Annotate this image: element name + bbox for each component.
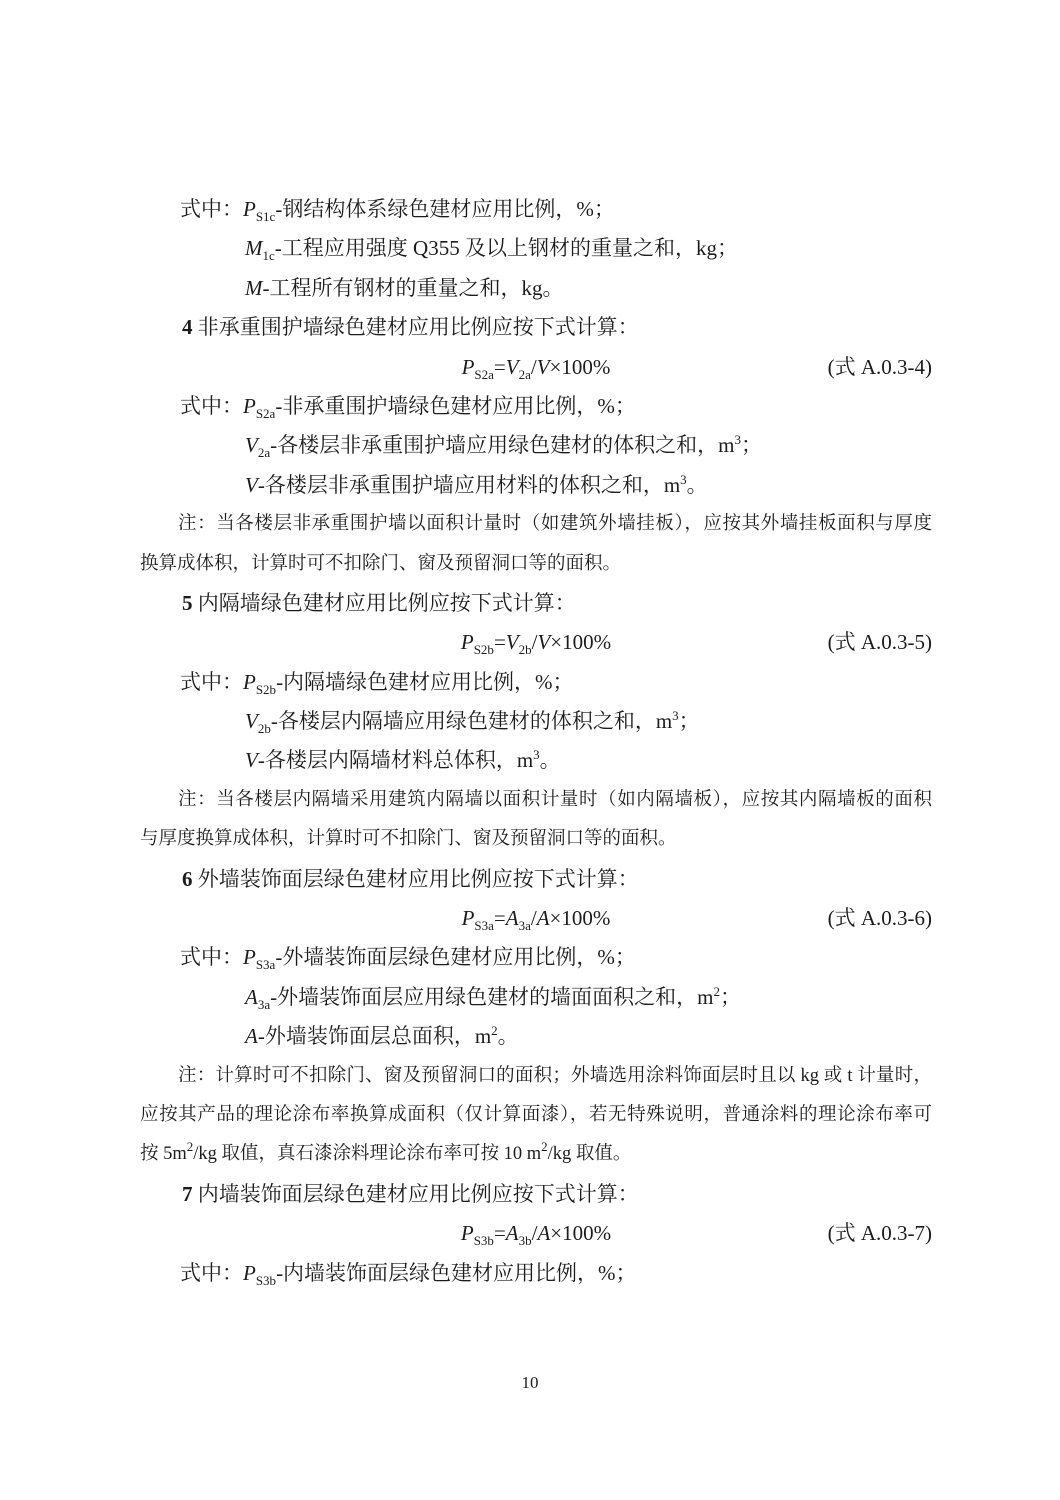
definition-line: V-各楼层内隔墙材料总体积，m3。 [140,741,932,780]
text-segment: P [461,630,474,654]
superscript-text: 2 [491,1023,498,1038]
subscript-text: S3a [256,957,276,972]
subscript-text: 2a [258,445,270,460]
text-segment: A [245,985,258,1009]
text-segment: M [245,236,263,260]
text-segment: ×100% [550,355,611,379]
text-segment: A [506,1221,519,1245]
subscript-text: 3a [258,997,270,1012]
text-segment: 非承重围护墙绿色建材应用比例应按下式计算： [193,315,639,339]
text-segment: 换算成体积，计算时可不扣除门、窗及预留洞口等的面积。 [140,554,621,574]
text-segment: P [462,355,475,379]
formula-number-tag: (式 A.0.3-4) [828,348,932,387]
note-line: 应按其产品的理论涂布率换算成面积（仅计算面漆），若无特殊说明，普通涂料的理论涂布… [140,1096,932,1135]
text-segment: M [245,276,263,300]
text-segment: V [506,355,519,379]
text-segment: 与厚度换算成体积，计算时可不扣除门、窗及预留洞口等的面积。 [140,829,677,849]
note-line: 按 5m2/kg 取值，真石漆涂料理论涂布率可按 10 m2/kg 取值。 [140,1135,932,1174]
text-segment: -外墙装饰面层绿色建材应用比例，%； [275,945,636,969]
definition-line: V2b-各楼层内隔墙应用绿色建材的体积之和，m3； [140,702,932,741]
text-segment: P [243,945,256,969]
clause-item-6: 6 外墙装饰面层绿色建材应用比例应按下式计算： [140,860,932,899]
formula-number-tag: (式 A.0.3-7) [828,1214,932,1253]
text-segment: 式中： [180,394,243,418]
note-line: 注：当各楼层非承重围护墙以面积计量时（如建筑外墙挂板），应按其外墙挂板面积与厚度 [140,505,932,544]
text-segment: V [537,630,550,654]
text-segment: 5 [182,591,193,615]
superscript-text: 3 [672,708,679,723]
text-segment: 内墙装饰面层绿色建材应用比例应按下式计算： [193,1182,639,1206]
text-segment: ； [679,709,700,733]
text-segment: V [537,355,550,379]
text-segment: P [243,197,256,221]
text-segment: 式中： [180,1261,243,1285]
definition-line: V2a-各楼层非承重围护墙应用绿色建材的体积之和，m3； [140,426,932,465]
superscript-text: 3 [680,472,687,487]
note-line: 注：计算时可不扣除门、窗及预留洞口的面积；外墙选用涂料饰面层时且以 kg 或 t… [140,1057,932,1096]
text-segment: 应按其产品的理论涂布率换算成面积（仅计算面漆），若无特殊说明，普通涂料的理论涂布… [140,1105,932,1125]
formula-A-0-3-7: PS3b=A3b/A×100%(式 A.0.3-7) [140,1214,932,1253]
formula-expression: PS3b=A3b/A×100% [461,1221,611,1245]
definition-intro-line: 式中：PS2b-内隔墙绿色建材应用比例，%； [140,663,932,702]
definition-line: A-外墙装饰面层总面积，m2。 [140,1017,932,1056]
text-segment: = [494,630,506,654]
text-segment: 式中： [180,197,243,221]
text-segment: V [245,433,258,457]
formula-expression: PS2b=V2b/V×100% [461,630,611,654]
text-segment: -各楼层非承重围护墙应用材料的体积之和，m [258,473,680,497]
text-segment: V [245,709,258,733]
text-segment: V [245,748,258,772]
text-segment: -工程所有钢材的重量之和，kg。 [263,276,564,300]
text-segment: /kg 取值。 [548,1144,632,1164]
subscript-text: 3b [519,1233,532,1248]
subscript-text: S2b [256,682,276,697]
clause-item-5: 5 内隔墙绿色建材应用比例应按下式计算： [140,584,932,623]
text-segment: -内墙装饰面层绿色建材应用比例，%； [276,1261,637,1285]
formula-A-0-3-4: PS2a=V2a/V×100%(式 A.0.3-4) [140,348,932,387]
text-segment: V [245,473,258,497]
text-segment: -各楼层内隔墙应用绿色建材的体积之和，m [271,709,672,733]
definition-line: M1c-工程应用强度 Q355 及以上钢材的重量之和，kg； [140,229,932,268]
text-segment: 外墙装饰面层绿色建材应用比例应按下式计算： [193,867,639,891]
formula-number-tag: (式 A.0.3-5) [828,623,932,662]
document-body: 式中：PS1c-钢结构体系绿色建材应用比例，%；M1c-工程应用强度 Q355 … [140,190,932,1293]
text-segment: P [243,670,256,694]
text-segment: 6 [182,867,193,891]
text-segment: ； [720,985,741,1009]
text-segment: 注：计算时可不扣除门、窗及预留洞口的面积；外墙选用涂料饰面层时且以 kg 或 t… [178,1066,932,1086]
text-segment: ×100% [550,630,611,654]
text-segment: -工程应用强度 Q355 及以上钢材的重量之和，kg； [275,236,738,260]
clause-item-4: 4 非承重围护墙绿色建材应用比例应按下式计算： [140,308,932,347]
note-line: 注：当各楼层内隔墙采用建筑内隔墙以面积计量时（如内隔墙板），应按其内隔墙板的面积 [140,781,932,820]
superscript-text: 3 [533,747,540,762]
subscript-text: 2b [258,721,271,736]
formula-expression: PS2a=V2a/V×100% [462,355,611,379]
text-segment: -外墙装饰面层应用绿色建材的墙面面积之和，m [270,985,713,1009]
note-line: 与厚度换算成体积，计算时可不扣除门、窗及预留洞口等的面积。 [140,820,932,859]
page-number: 10 [522,1373,539,1392]
definition-line: A3a-外墙装饰面层应用绿色建材的墙面面积之和，m2； [140,978,932,1017]
superscript-text: 3 [734,432,741,447]
text-segment: 。 [687,473,708,497]
definition-intro-line: 式中：PS3b-内墙装饰面层绿色建材应用比例，%； [140,1254,932,1293]
text-segment: A [537,1221,550,1245]
text-segment: 式中： [180,945,243,969]
subscript-text: S2b [474,642,494,657]
text-segment: 4 [182,315,193,339]
subscript-text: 2b [519,642,532,657]
text-segment: ； [741,433,762,457]
formula-number-tag: (式 A.0.3-6) [828,899,932,938]
subscript-text: S3a [474,918,494,933]
text-segment: V [506,630,519,654]
subscript-text: S2a [474,367,494,382]
subscript-text: S3b [474,1233,494,1248]
text-segment: 式中： [180,670,243,694]
text-segment: -各楼层内隔墙材料总体积，m [258,748,533,772]
text-segment: P [462,906,475,930]
superscript-text: 2 [187,1139,194,1154]
page-footer: 10 [0,1372,1060,1394]
superscript-text: 2 [541,1139,548,1154]
clause-item-7: 7 内墙装饰面层绿色建材应用比例应按下式计算： [140,1175,932,1214]
text-segment: 内隔墙绿色建材应用比例应按下式计算： [193,591,576,615]
definition-line: M-工程所有钢材的重量之和，kg。 [140,269,932,308]
text-segment: 注：当各楼层内隔墙采用建筑内隔墙以面积计量时（如内隔墙板），应按其内隔墙板的面积 [178,790,932,810]
definition-intro-line: 式中：PS3a-外墙装饰面层绿色建材应用比例，%； [140,938,932,977]
definition-intro-line: 式中：PS1c-钢结构体系绿色建材应用比例，%； [140,190,932,229]
text-segment: P [243,394,256,418]
formula-A-0-3-5: PS2b=V2b/V×100%(式 A.0.3-5) [140,623,932,662]
text-segment: -外墙装饰面层总面积，m [258,1024,491,1048]
text-segment: 。 [540,748,561,772]
text-segment: 注：当各楼层非承重围护墙以面积计量时（如建筑外墙挂板），应按其外墙挂板面积与厚度 [178,514,932,534]
definition-intro-line: 式中：PS2a-非承重围护墙绿色建材应用比例，%； [140,387,932,426]
text-segment: /kg 取值，真石漆涂料理论涂布率可按 10 m [193,1144,541,1164]
note-line: 换算成体积，计算时可不扣除门、窗及预留洞口等的面积。 [140,545,932,584]
subscript-text: 2a [519,367,531,382]
text-segment: A [245,1024,258,1048]
text-segment: = [494,1221,506,1245]
subscript-text: 3a [519,918,531,933]
text-segment: P [243,1261,256,1285]
text-segment: -钢结构体系绿色建材应用比例，%； [275,197,615,221]
text-segment: = [494,906,506,930]
text-segment: 按 5m [140,1144,187,1164]
text-segment: ×100% [550,906,611,930]
subscript-text: S1c [256,209,276,224]
text-segment: -内隔墙绿色建材应用比例，%； [276,670,574,694]
text-segment: = [494,355,506,379]
text-segment: A [537,906,550,930]
subscript-text: S3b [256,1273,276,1288]
text-segment: ×100% [550,1221,611,1245]
text-segment: -各楼层非承重围护墙应用绿色建材的体积之和，m [270,433,734,457]
formula-A-0-3-6: PS3a=A3a/A×100%(式 A.0.3-6) [140,899,932,938]
formula-expression: PS3a=A3a/A×100% [462,906,611,930]
text-segment: 。 [498,1024,519,1048]
superscript-text: 2 [713,984,720,999]
subscript-text: S2a [256,406,276,421]
text-segment: 7 [182,1182,193,1206]
document-page: { "page": { "number": "10", "background_… [0,0,1060,1500]
text-segment: -非承重围护墙绿色建材应用比例，%； [275,394,636,418]
definition-line: V-各楼层非承重围护墙应用材料的体积之和，m3。 [140,466,932,505]
text-segment: A [506,906,519,930]
subscript-text: 1c [263,248,275,263]
text-segment: P [461,1221,474,1245]
